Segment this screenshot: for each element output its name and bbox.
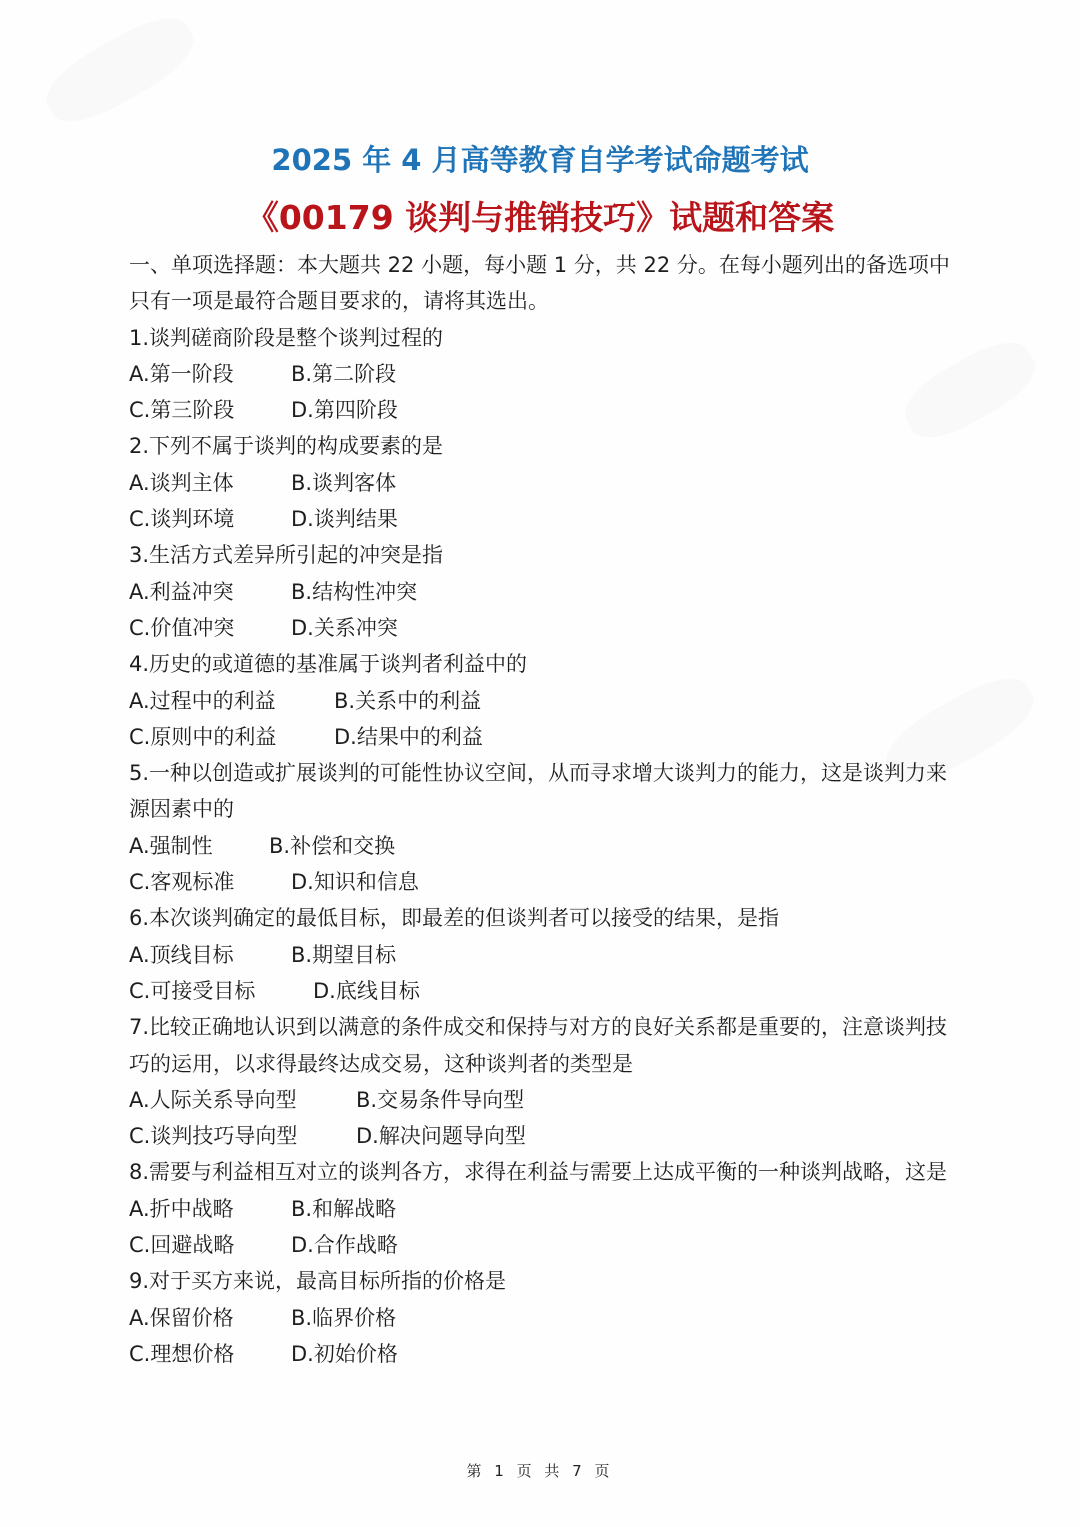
option-row: C.可接受目标 D.底线目标 [129,973,959,1009]
option-row: C.谈判技巧导向型 D.解决问题导向型 [129,1118,959,1154]
option-b: B.第二阶段 [291,356,396,392]
option-row: C.回避战略 D.合作战略 [129,1227,959,1263]
option-row: A.强制性 B.补偿和交换 [129,828,959,864]
option-c: C.回避战略 [129,1227,291,1263]
option-row: A.人际关系导向型 B.交易条件导向型 [129,1082,959,1118]
option-a: A.过程中的利益 [129,683,334,719]
option-d: D.结果中的利益 [334,719,483,755]
option-c: C.第三阶段 [129,392,291,428]
option-a: A.利益冲突 [129,574,291,610]
option-a: A.谈判主体 [129,465,291,501]
option-b: B.临界价格 [291,1300,396,1336]
option-row: A.谈判主体 B.谈判客体 [129,465,959,501]
option-d: D.谈判结果 [291,501,398,537]
option-d: D.解决问题导向型 [356,1118,526,1154]
option-row: A.顶线目标 B.期望目标 [129,937,959,973]
option-a: A.第一阶段 [129,356,291,392]
option-c: C.可接受目标 [129,973,313,1009]
option-b: B.和解战略 [291,1191,396,1227]
question-stem: 5.一种以创造或扩展谈判的可能性协议空间，从而寻求增大谈判力的能力，这是谈判力来… [129,755,959,828]
option-row: C.理想价格 D.初始价格 [129,1336,959,1372]
question-stem: 9.对于买方来说，最高目标所指的价格是 [129,1263,959,1299]
option-c: C.价值冲突 [129,610,291,646]
option-row: A.保留价格 B.临界价格 [129,1300,959,1336]
option-a: A.人际关系导向型 [129,1082,356,1118]
option-c: C.客观标准 [129,864,291,900]
question-stem: 6.本次谈判确定的最低目标，即最差的但谈判者可以接受的结果，是指 [129,900,959,936]
option-d: D.合作战略 [291,1227,398,1263]
option-row: A.过程中的利益 B.关系中的利益 [129,683,959,719]
option-row: A.折中战略 B.和解战略 [129,1191,959,1227]
option-d: D.关系冲突 [291,610,398,646]
option-a: A.折中战略 [129,1191,291,1227]
option-b: B.期望目标 [291,937,396,973]
option-c: C.理想价格 [129,1336,291,1372]
option-b: B.谈判客体 [291,465,396,501]
exam-content: 一、单项选择题：本大题共 22 小题，每小题 1 分，共 22 分。在每小题列出… [129,247,959,1372]
option-row: C.原则中的利益 D.结果中的利益 [129,719,959,755]
option-b: B.交易条件导向型 [356,1082,524,1118]
option-d: D.第四阶段 [291,392,398,428]
exam-title: 2025 年 4 月高等教育自学考试命题考试 [0,140,1080,180]
option-d: D.初始价格 [291,1336,398,1372]
question-stem: 1.谈判磋商阶段是整个谈判过程的 [129,320,959,356]
page-number: 第 1 页 共 7 页 [0,1460,1080,1481]
option-a: A.保留价格 [129,1300,291,1336]
option-row: A.第一阶段 B.第二阶段 [129,356,959,392]
question-stem: 2.下列不属于谈判的构成要素的是 [129,428,959,464]
option-c: C.原则中的利益 [129,719,334,755]
option-a: A.顶线目标 [129,937,291,973]
option-row: C.价值冲突 D.关系冲突 [129,610,959,646]
question-stem: 7.比较正确地认识到以满意的条件成交和保持与对方的良好关系都是重要的，注意谈判技… [129,1009,959,1082]
watermark-decoration [36,4,205,136]
option-c: C.谈判技巧导向型 [129,1118,356,1154]
option-row: A.利益冲突 B.结构性冲突 [129,574,959,610]
document-page: 2025 年 4 月高等教育自学考试命题考试 《00179 谈判与推销技巧》试题… [0,0,1080,1527]
option-b: B.补偿和交换 [269,828,395,864]
option-a: A.强制性 [129,828,269,864]
option-d: D.底线目标 [313,973,420,1009]
option-c: C.谈判环境 [129,501,291,537]
question-stem: 3.生活方式差异所引起的冲突是指 [129,537,959,573]
option-row: C.客观标准 D.知识和信息 [129,864,959,900]
option-row: C.谈判环境 D.谈判结果 [129,501,959,537]
question-stem: 8.需要与利益相互对立的谈判各方，求得在利益与需要上达成平衡的一种谈判战略，这是 [129,1154,959,1190]
option-d: D.知识和信息 [291,864,419,900]
section-heading: 一、单项选择题：本大题共 22 小题，每小题 1 分，共 22 分。在每小题列出… [129,247,959,320]
question-stem: 4.历史的或道德的基准属于谈判者利益中的 [129,646,959,682]
exam-subtitle: 《00179 谈判与推销技巧》试题和答案 [0,195,1080,241]
option-row: C.第三阶段 D.第四阶段 [129,392,959,428]
option-b: B.关系中的利益 [334,683,481,719]
option-b: B.结构性冲突 [291,574,417,610]
